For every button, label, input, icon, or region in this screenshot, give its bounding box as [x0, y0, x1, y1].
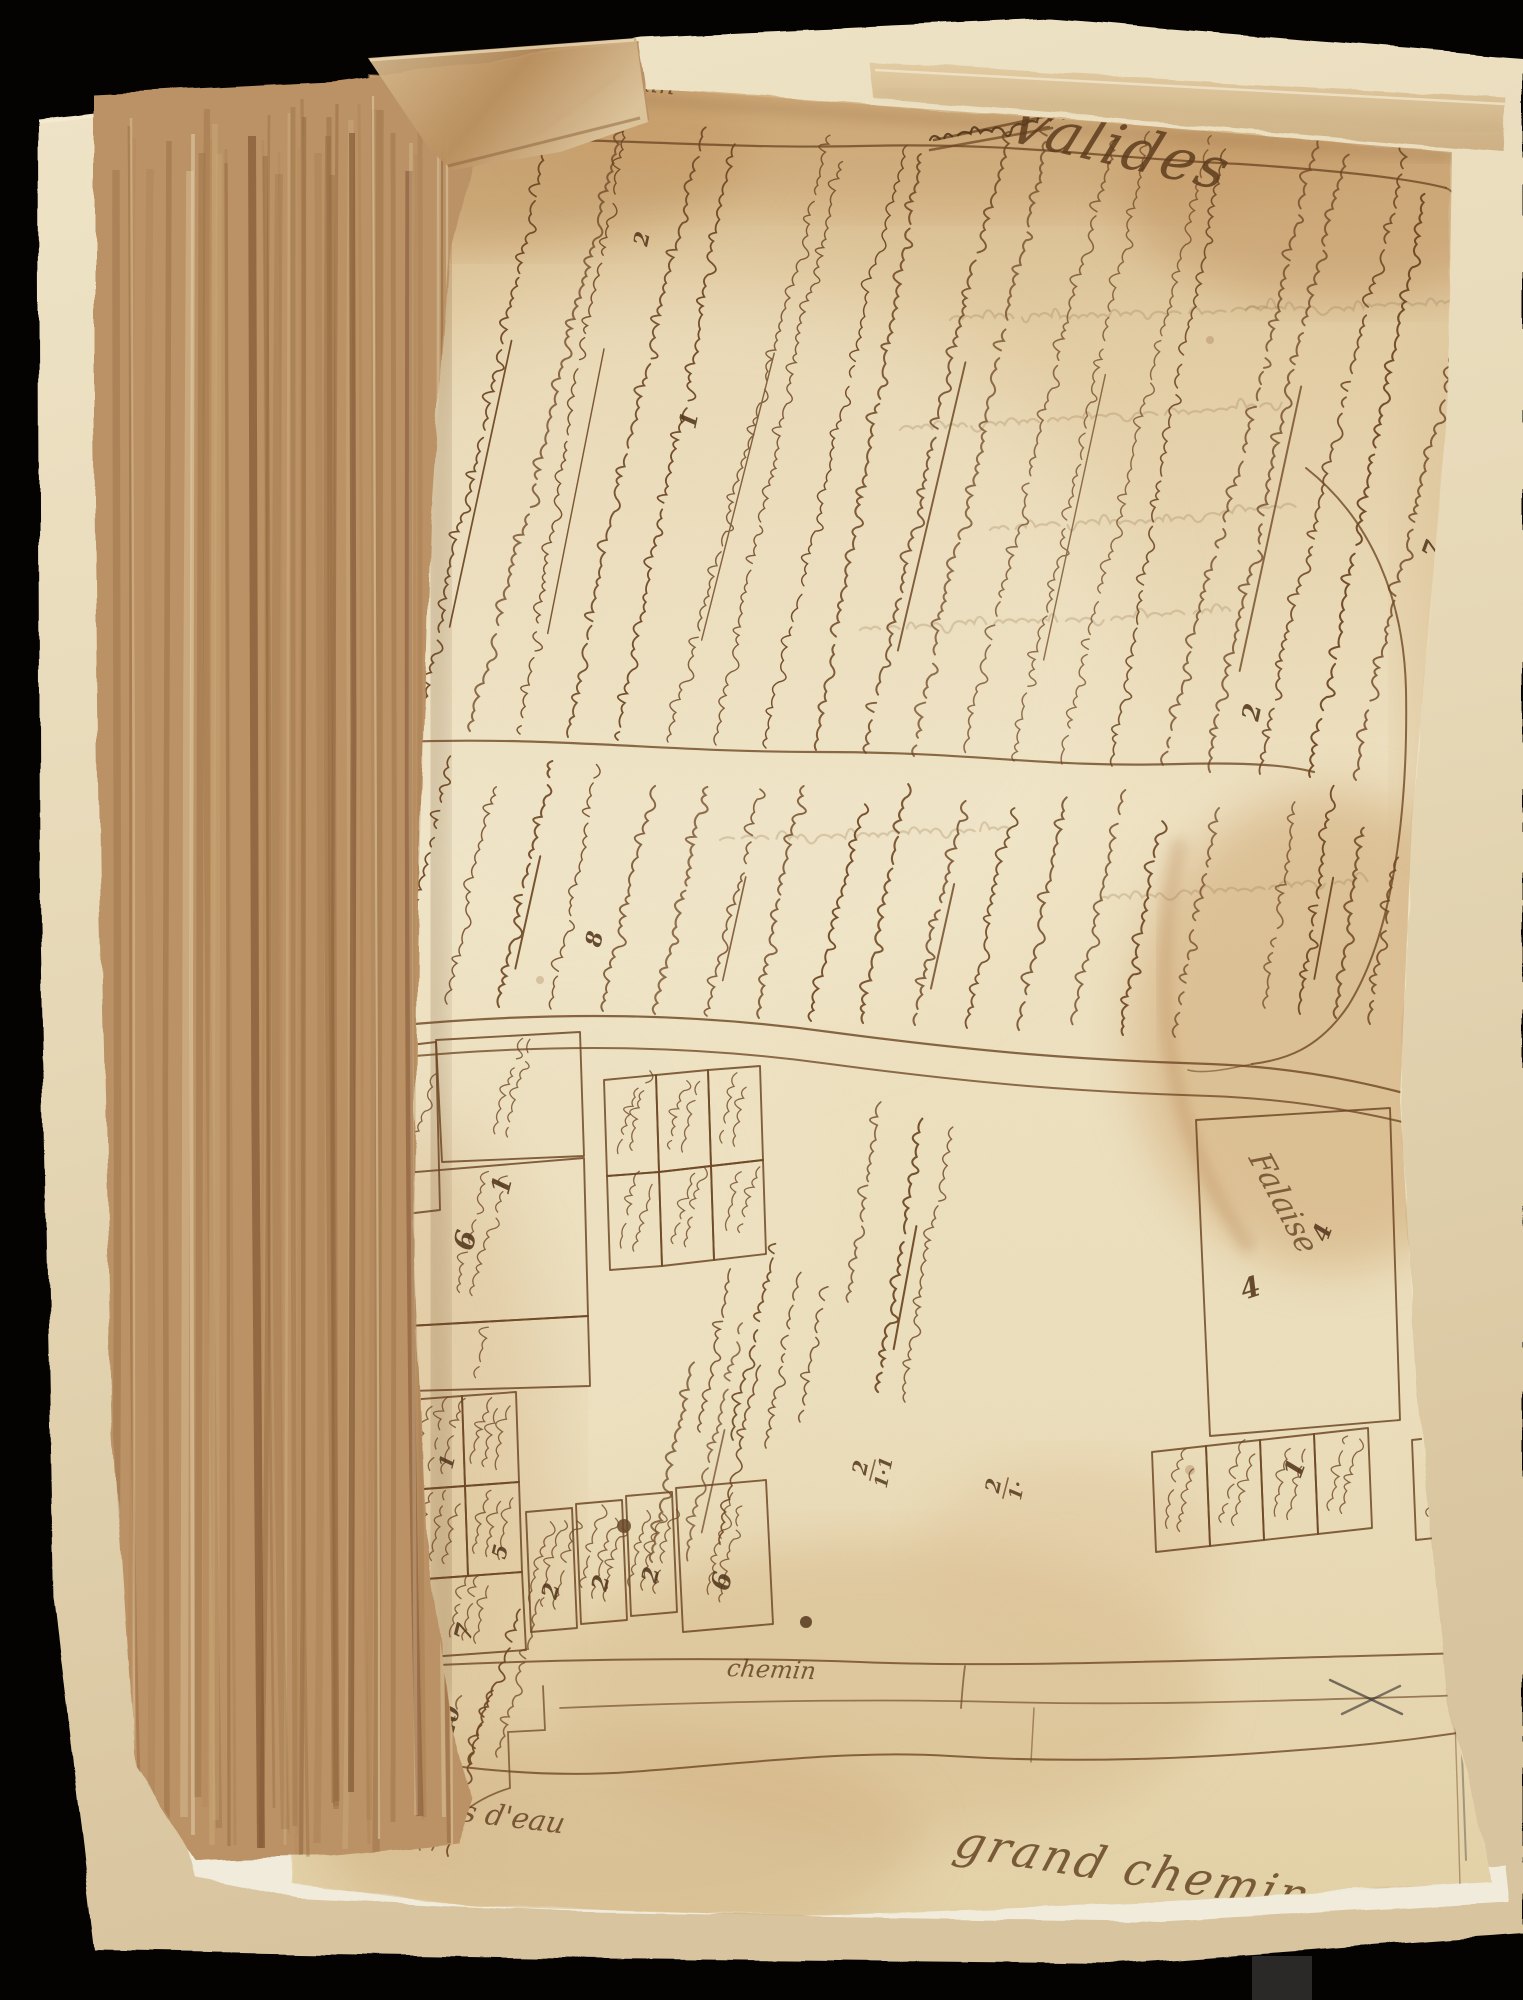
- page-edge-streak: [351, 133, 354, 1792]
- manuscript-photo: 1615722261444221822072 21·121· main Vali…: [0, 0, 1523, 2000]
- page-edge-streak: [317, 153, 321, 1843]
- page-edge-streak: [198, 153, 202, 1797]
- page-edge-streak: [215, 154, 219, 1820]
- page-edge-streak: [165, 141, 169, 1851]
- page-edge-streak: [148, 169, 152, 1800]
- manuscript-photo-scene: 1615722261444221822072 21·121· main Vali…: [0, 0, 1523, 2000]
- page-edge-streak: [393, 133, 395, 1822]
- background-object: [1252, 1956, 1312, 2000]
- road-label: chemin: [725, 1654, 818, 1685]
- page-edge-streak: [292, 107, 295, 1826]
